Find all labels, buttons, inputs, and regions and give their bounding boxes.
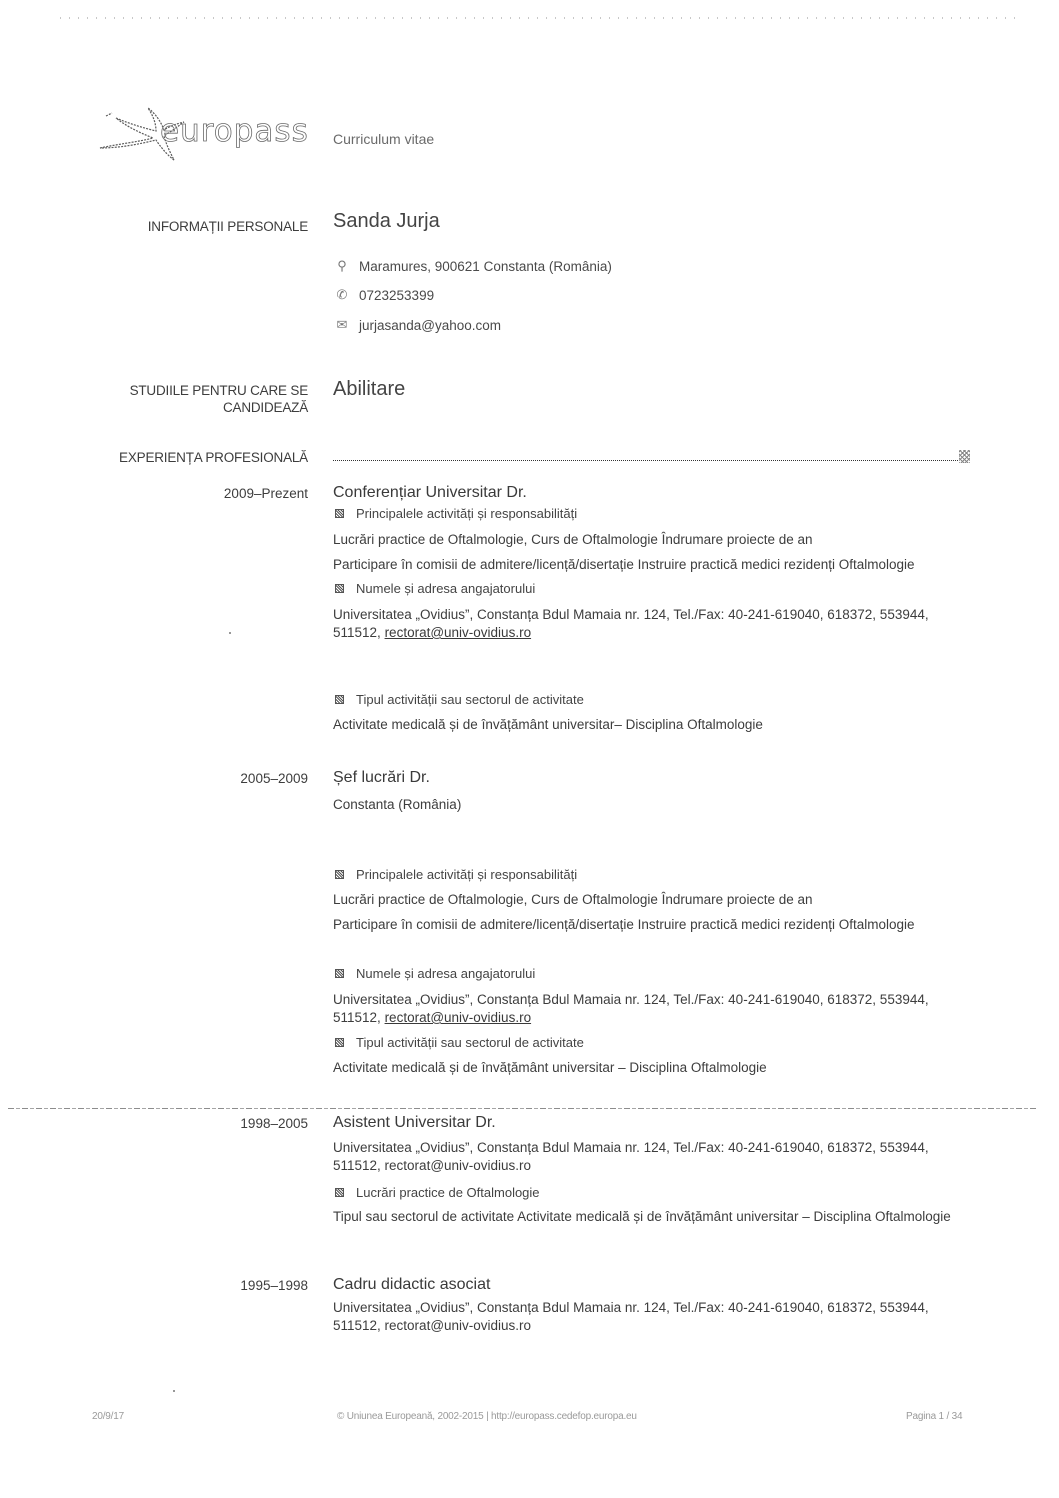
checkbox-bullet-icon [335, 1188, 344, 1197]
checkbox-bullet-icon [335, 584, 344, 593]
address-text: Maramures, 900621 Constanta (România) [359, 259, 612, 274]
entry-dates: 2005–2009 [240, 771, 308, 786]
footer-page-number: Pagina 1 / 34 [906, 1411, 962, 1422]
studies-label-line2: CANDIDEAZĂ [130, 399, 308, 416]
section-label-experience: EXPERIENȚA PROFESIONALĂ [119, 449, 308, 466]
contact-address: ⚲ Maramures, 900621 Constanta (România) [333, 258, 612, 274]
entry-activities-label: Lucrări practice de Oftalmologie [333, 1185, 540, 1200]
europass-wordmark: europass [160, 113, 309, 149]
location-pin-icon: ⚲ [333, 258, 351, 274]
section-label-studies: STUDIILE PENTRU CARE SE CANDIDEAZĂ [130, 382, 308, 416]
footer-date: 20/9/17 [92, 1411, 124, 1422]
entry-sector-label: Tipul activității sau sectorul de activi… [333, 1035, 584, 1050]
entry-activities-label: Principalele activități și responsabilit… [333, 506, 577, 521]
checkbox-bullet-icon [335, 969, 344, 978]
person-name: Sanda Jurja [333, 210, 440, 233]
entry-employer-label: Numele și adresa angajatorului [333, 966, 535, 981]
entry-employer-text: Universitatea „Ovidius”, Constanța Bdul … [333, 606, 973, 642]
entry-employer-text: Universitatea „Ovidius”, Constanța Bdul … [333, 991, 973, 1027]
employer-email-link[interactable]: rectorat@univ-ovidius.ro [385, 1010, 532, 1025]
scan-speck [173, 1390, 175, 1392]
entry-activities-line: Lucrări practice de Oftalmologie, Curs d… [333, 531, 973, 549]
entry-dates: 2009–Prezent [224, 486, 308, 501]
entry-dates: 1998–2005 [240, 1116, 308, 1131]
studies-value: Abilitare [333, 378, 405, 401]
entry-activities-line: Participare în comisii de admitere/licen… [333, 556, 973, 574]
section-divider [333, 458, 958, 461]
section-label-personal-info: INFORMAȚII PERSONALE [148, 218, 308, 235]
phone-icon: ✆ [333, 287, 351, 303]
email-text[interactable]: jurjasanda@yahoo.com [359, 318, 501, 333]
employer-email-link[interactable]: rectorat@univ-ovidius.ro [385, 625, 532, 640]
scan-artifact-line [8, 1108, 1038, 1109]
entry-activities-line: Lucrări practice de Oftalmologie, Curs d… [333, 891, 973, 909]
entry-sector-text: Activitate medicală și de învățământ uni… [333, 716, 973, 734]
checkbox-bullet-icon [335, 695, 344, 704]
scan-artifact-top [60, 17, 1020, 19]
scan-speck [229, 632, 231, 634]
footer-copyright: © Uniunea Europeană, 2002-2015 | http://… [337, 1411, 637, 1422]
contact-email: ✉ jurjasanda@yahoo.com [333, 317, 501, 333]
entry-sector-label: Tipul activității sau sectorul de activi… [333, 692, 584, 707]
entry-employer-label: Numele și adresa angajatorului [333, 581, 535, 596]
entry-activities-line: Participare în comisii de admitere/licen… [333, 916, 973, 934]
entry-title: Cadru didactic asociat [333, 1276, 490, 1294]
entry-title: Asistent Universitar Dr. [333, 1114, 496, 1132]
entry-employer-text: Universitatea „Ovidius”, Constanța Bdul … [333, 1299, 973, 1335]
entry-title: Șef lucrări Dr. [333, 769, 430, 787]
document-type: Curriculum vitae [333, 131, 434, 147]
entry-employer-text: Universitatea „Ovidius”, Constanța Bdul … [333, 1139, 973, 1175]
checkbox-bullet-icon [335, 870, 344, 879]
section-marker-icon [959, 450, 970, 463]
envelope-icon: ✉ [333, 317, 351, 333]
contact-phone: ✆ 0723253399 [333, 287, 434, 303]
entry-activities-label: Principalele activități și responsabilit… [333, 867, 577, 882]
checkbox-bullet-icon [335, 509, 344, 518]
entry-title: Conferențiar Universitar Dr. [333, 484, 527, 502]
phone-text: 0723253399 [359, 288, 434, 303]
studies-label-line1: STUDIILE PENTRU CARE SE [130, 382, 308, 399]
entry-sector-text: Activitate medicală și de învățământ uni… [333, 1059, 973, 1077]
entry-sector-text: Tipul sau sectorul de activitate Activit… [333, 1208, 973, 1226]
entry-dates: 1995–1998 [240, 1278, 308, 1293]
entry-location: Constanta (România) [333, 796, 973, 814]
checkbox-bullet-icon [335, 1038, 344, 1047]
